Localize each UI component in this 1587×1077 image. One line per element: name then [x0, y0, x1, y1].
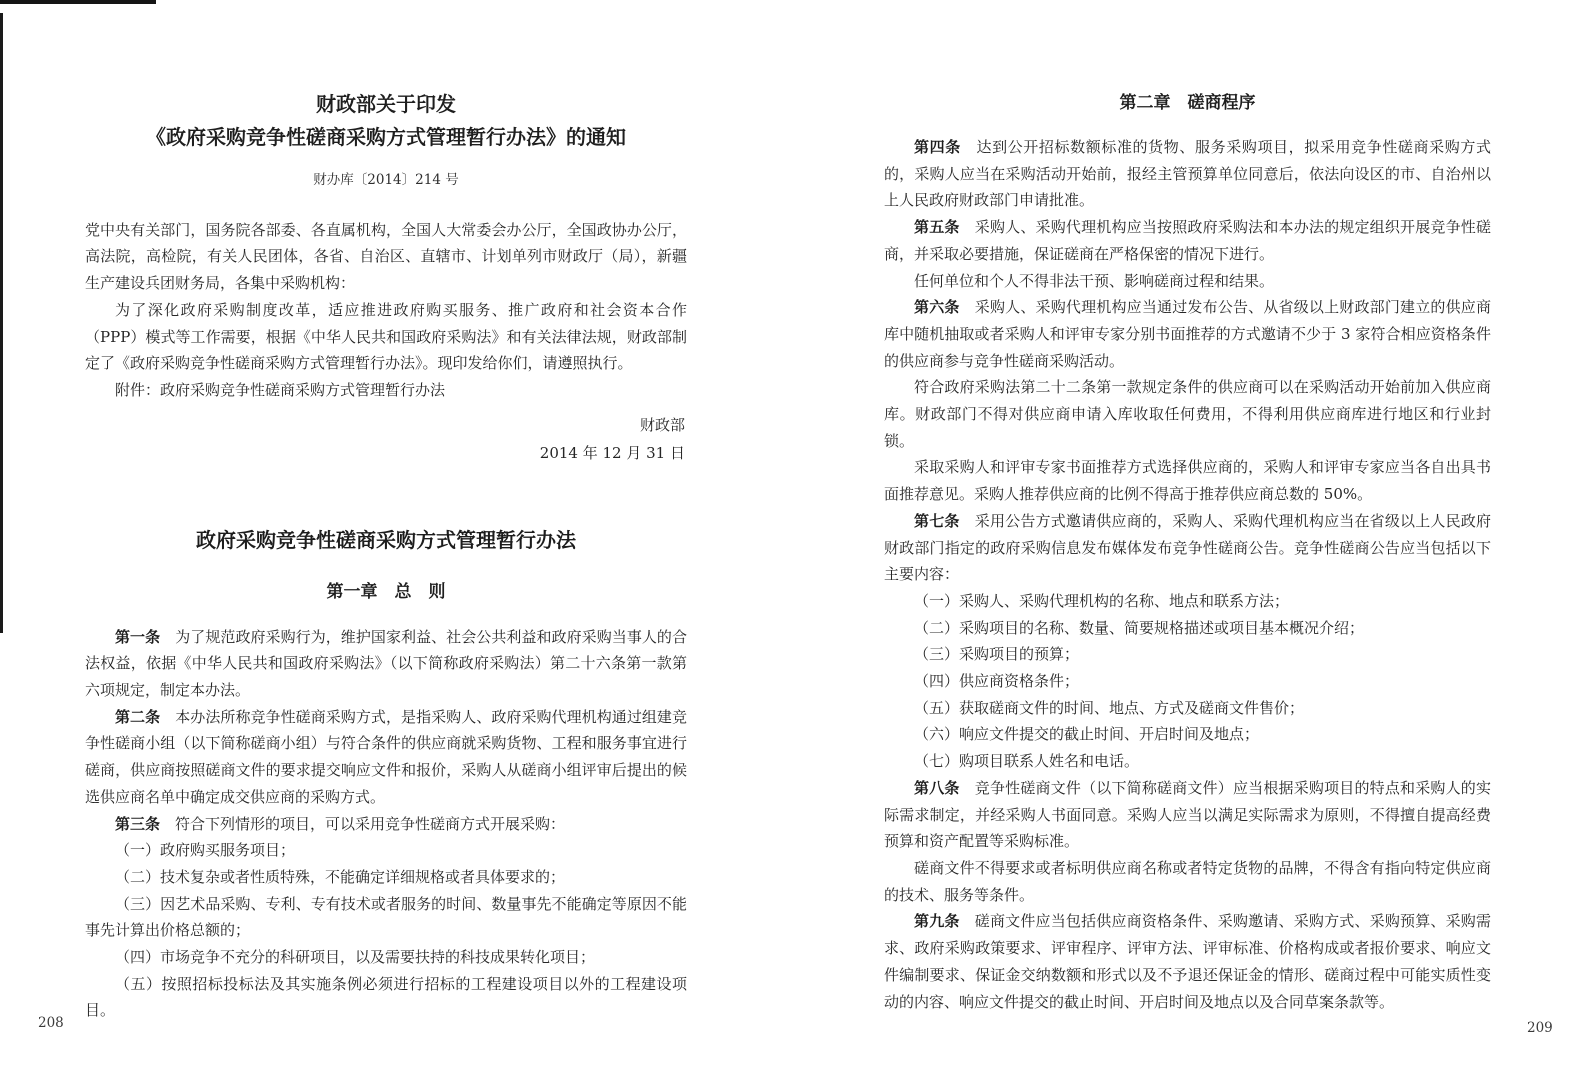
article-number: 第二条: [115, 708, 160, 726]
signature-date: 2014 年 12 月 31 日: [85, 439, 685, 467]
paragraph: 第五条 采购人、采购代理机构应当按照政府采购法和本办法的规定组织开展竞争性磋商，…: [884, 214, 1491, 267]
notice-title-line1: 财政部关于印发: [85, 88, 687, 121]
paragraph: 第三条 符合下列情形的项目，可以采用竞争性磋商方式开展采购：: [85, 811, 687, 838]
paragraph: 第九条 磋商文件应当包括供应商资格条件、采购邀请、采购方式、采购预算、采购需求、…: [884, 908, 1491, 1015]
left-page: 财政部关于印发 《政府采购竞争性磋商采购方式管理暂行办法》的通知 财办库〔201…: [85, 88, 687, 1024]
paragraph: （七）购项目联系人姓名和电话。: [884, 748, 1491, 775]
chapter-2-body: 第四条 达到公开招标数额标准的货物、服务采购项目，拟采用竞争性磋商采购方式的，采…: [884, 134, 1491, 1015]
scan-artifact-top-edge: [0, 0, 156, 4]
right-page: 第二章 磋商程序 第四条 达到公开招标数额标准的货物、服务采购项目，拟采用竞争性…: [884, 88, 1491, 1015]
article-number: 第九条: [914, 912, 960, 930]
article-number: 第五条: [914, 218, 960, 236]
paragraph: （二）采购项目的名称、数量、简要规格描述或项目基本概况介绍；: [884, 615, 1491, 642]
paragraph: 第六条 采购人、采购代理机构应当通过发布公告、从省级以上财政部门建立的供应商库中…: [884, 294, 1491, 374]
paragraph: 第二条 本办法所称竞争性磋商采购方式，是指采购人、政府采购代理机构通过组建竞争性…: [85, 704, 687, 811]
measure-title: 政府采购竞争性磋商采购方式管理暂行办法: [85, 524, 687, 556]
notice-title-line2: 《政府采购竞争性磋商采购方式管理暂行办法》的通知: [85, 121, 687, 154]
scan-artifact-left-edge: [0, 13, 3, 633]
paragraph: 第七条 采用公告方式邀请供应商的，采购人、采购代理机构应当在省级以上人民政府财政…: [884, 508, 1491, 588]
paragraph: 第八条 竞争性磋商文件（以下简称磋商文件）应当根据采购项目的特点和采购人的实际需…: [884, 775, 1491, 855]
paragraph: （一）采购人、采购代理机构的名称、地点和联系方法；: [884, 588, 1491, 615]
article-number: 第一条: [115, 628, 160, 646]
chapter-1-heading: 第一章 总 则: [85, 577, 687, 607]
notice-body: 党中央有关部门，国务院各部委、各直属机构，全国人大常委会办公厅，全国政协办公厅，…: [85, 217, 687, 404]
chapter-2-heading: 第二章 磋商程序: [884, 88, 1491, 118]
paragraph: （二）技术复杂或者性质特殊，不能确定详细规格或者具体要求的；: [85, 864, 687, 891]
paragraph: （六）响应文件提交的截止时间、开启时间及地点；: [884, 721, 1491, 748]
paragraph: （五）按照招标投标法及其实施条例必须进行招标的工程建设项目以外的工程建设项目。: [85, 971, 687, 1024]
signature-block: 财政部 2014 年 12 月 31 日: [85, 411, 687, 467]
document-number: 财办库〔2014〕214 号: [85, 167, 687, 194]
page-number-left: 208: [38, 1015, 64, 1031]
paragraph: （五）获取磋商文件的时间、地点、方式及磋商文件售价；: [884, 695, 1491, 722]
article-number: 第七条: [914, 512, 960, 530]
signature-issuer: 财政部: [85, 411, 685, 439]
paragraph: 附件：政府采购竞争性磋商采购方式管理暂行办法: [85, 377, 687, 404]
paragraph: 磋商文件不得要求或者标明供应商名称或者特定货物的品牌，不得含有指向特定供应商的技…: [884, 855, 1491, 908]
article-number: 第四条: [914, 138, 961, 156]
paragraph: 第一条 为了规范政府采购行为，维护国家利益、社会公共利益和政府采购当事人的合法权…: [85, 624, 687, 704]
paragraph: 任何单位和个人不得非法干预、影响磋商过程和结果。: [884, 268, 1491, 295]
chapter-1-body: 第一条 为了规范政府采购行为，维护国家利益、社会公共利益和政府采购当事人的合法权…: [85, 624, 687, 1025]
paragraph: 采取采购人和评审专家书面推荐方式选择供应商的，采购人和评审专家应当各自出具书面推…: [884, 454, 1491, 507]
paragraph: （一）政府购买服务项目；: [85, 837, 687, 864]
article-number: 第三条: [115, 815, 160, 833]
paragraph: 为了深化政府采购制度改革，适应推进政府购买服务、推广政府和社会资本合作（PPP）…: [85, 297, 687, 377]
paragraph: （三）因艺术品采购、专利、专有技术或者服务的时间、数量事先不能确定等原因不能事先…: [85, 891, 687, 944]
paragraph: 党中央有关部门，国务院各部委、各直属机构，全国人大常委会办公厅，全国政协办公厅，…: [85, 217, 687, 297]
paragraph: （四）市场竞争不充分的科研项目，以及需要扶持的科技成果转化项目；: [85, 944, 687, 971]
paragraph: （三）采购项目的预算；: [884, 641, 1491, 668]
paragraph: 符合政府采购法第二十二条第一款规定条件的供应商可以在采购活动开始前加入供应商库。…: [884, 374, 1491, 454]
page-number-right: 209: [1527, 1020, 1553, 1036]
article-number: 第六条: [914, 298, 960, 316]
paragraph: 第四条 达到公开招标数额标准的货物、服务采购项目，拟采用竞争性磋商采购方式的，采…: [884, 134, 1491, 214]
article-number: 第八条: [914, 779, 960, 797]
paragraph: （四）供应商资格条件；: [884, 668, 1491, 695]
